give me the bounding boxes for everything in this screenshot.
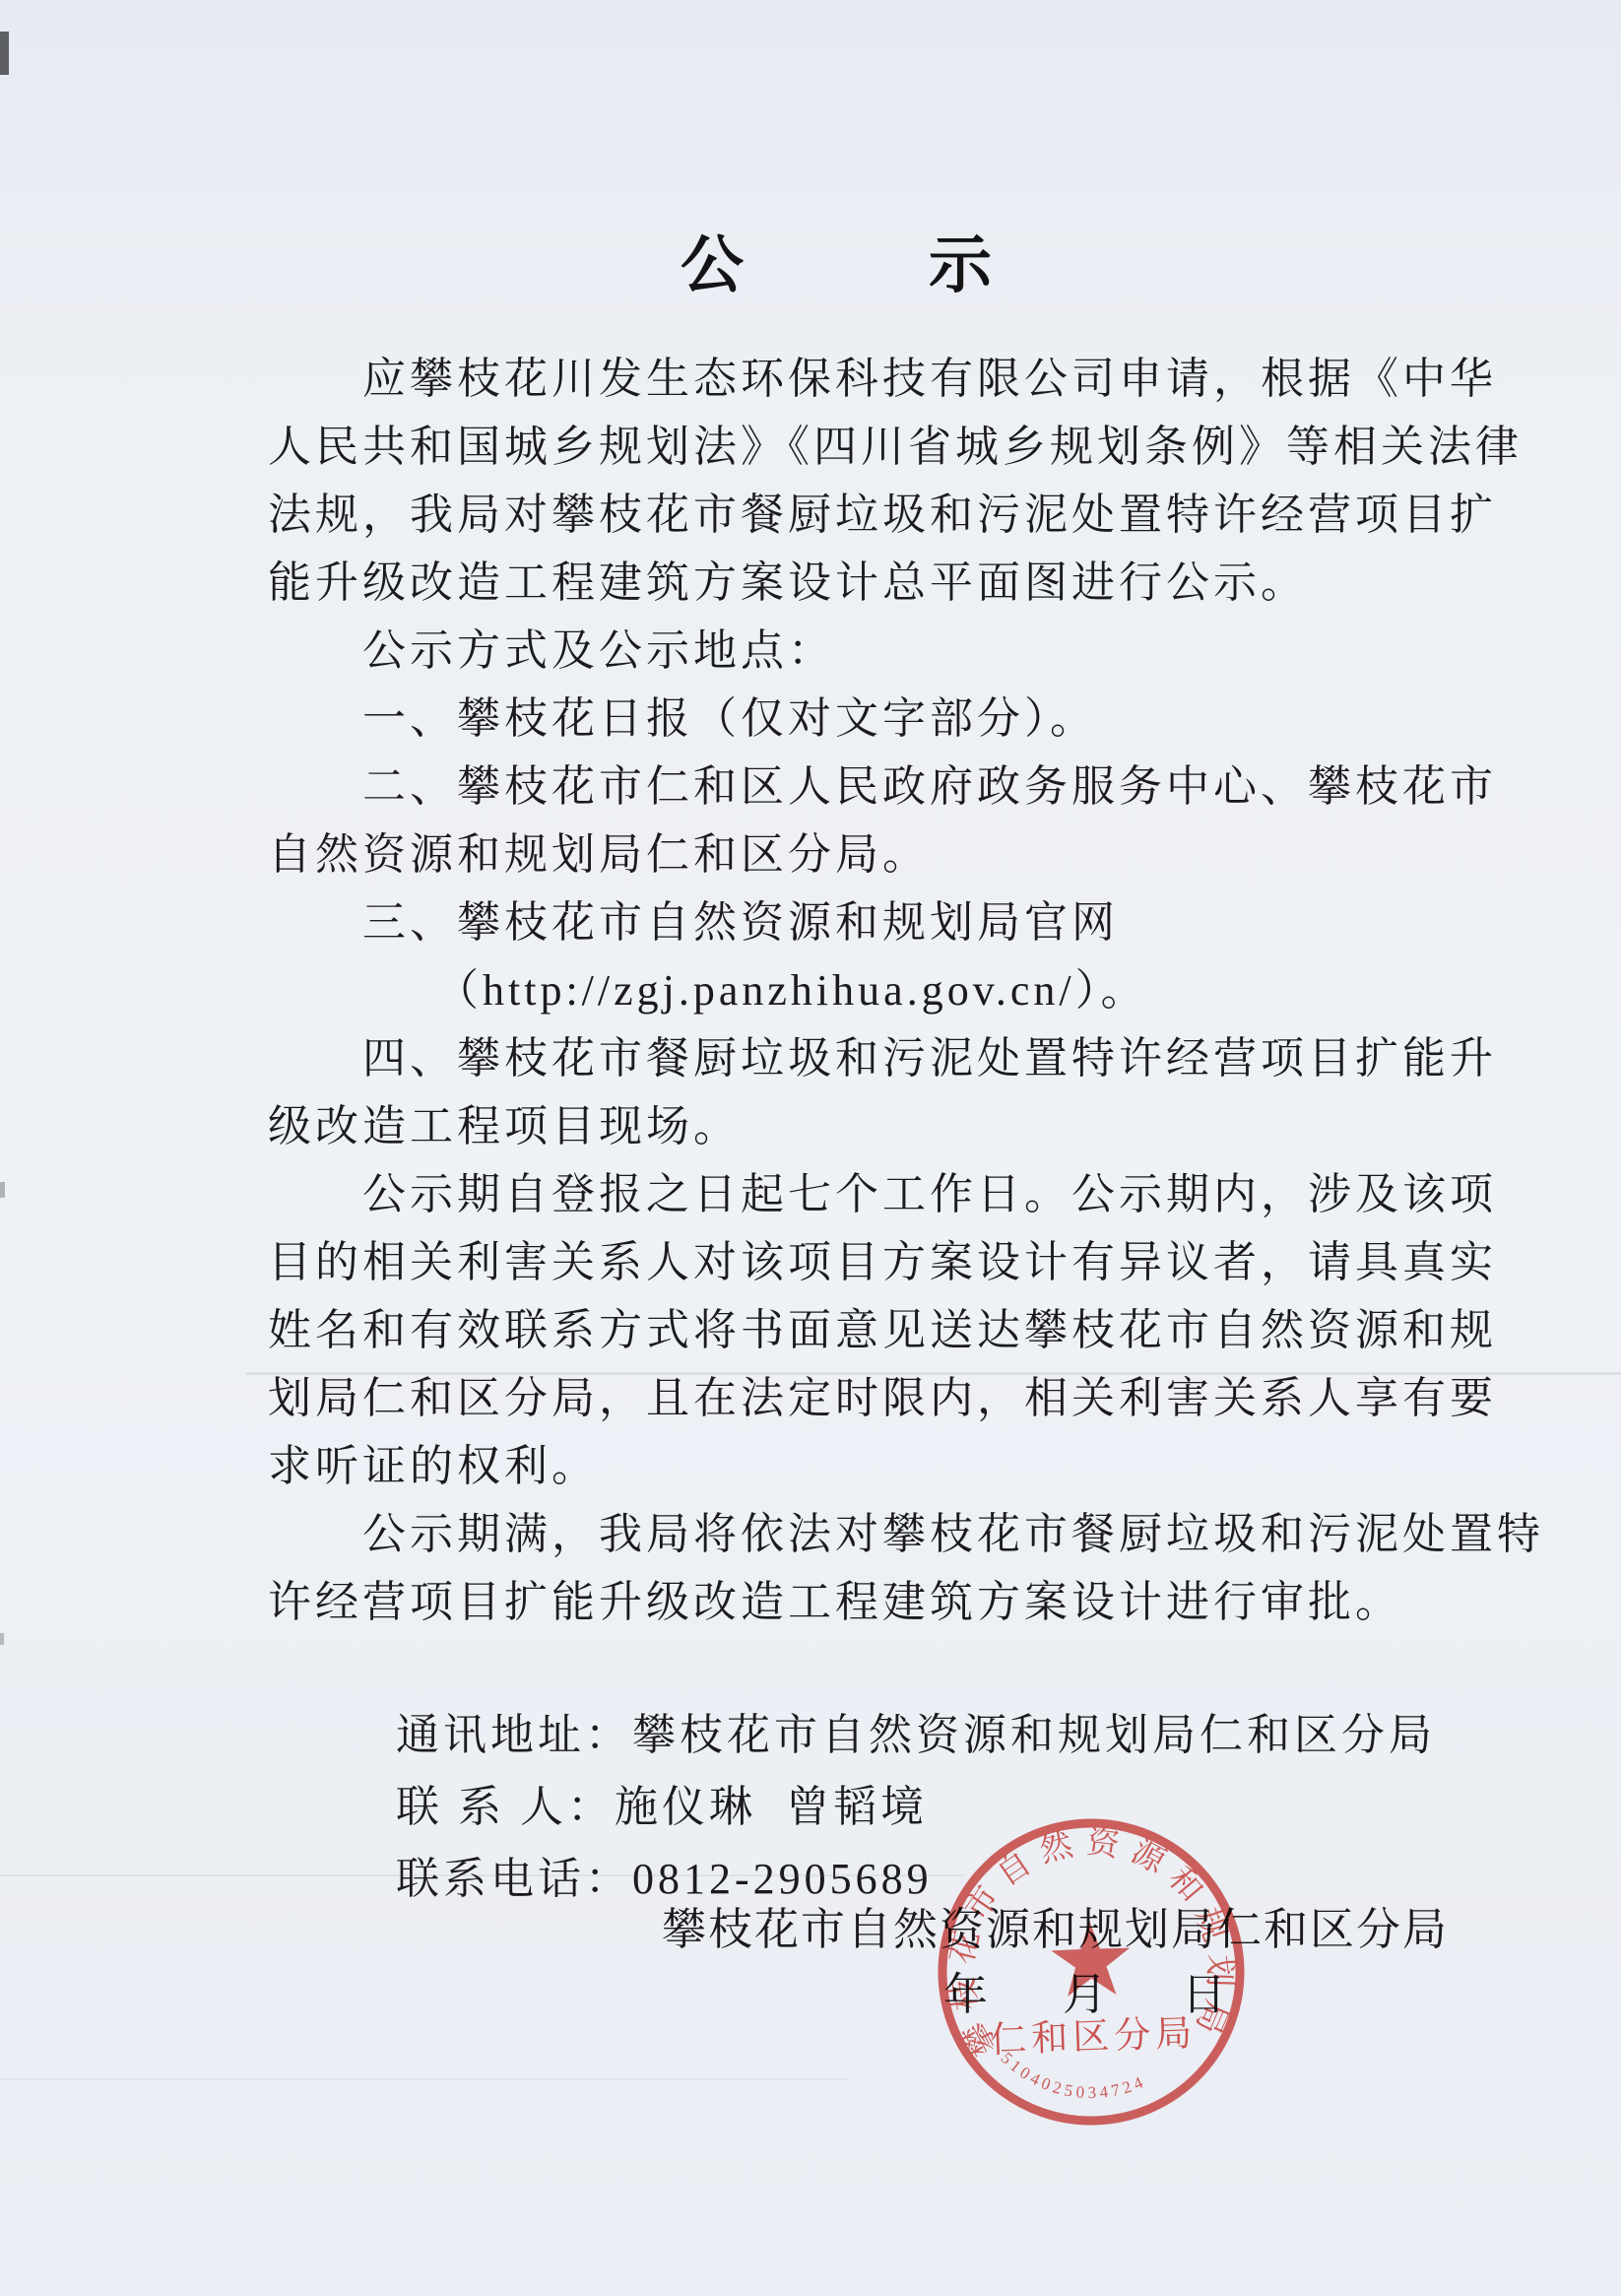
notice-title: 公 示 xyxy=(268,215,1424,305)
body-line: 二、攀枝花市仁和区人民政府政务服务中心、攀枝花市 xyxy=(268,753,1424,820)
body-line: 公示方式及公示地点： xyxy=(268,617,1424,685)
body-line: 法规，我局对攀枝花市餐厨垃圾和污泥处置特许经营项目扩 xyxy=(268,481,1424,549)
seal-star-icon xyxy=(1050,1920,1131,1998)
body-line: 应攀枝花川发生态环保科技有限公司申请，根据《中华 xyxy=(268,345,1424,413)
contact-line: 通讯地址：攀枝花市自然资源和规划局仁和区分局 xyxy=(301,1699,1424,1771)
body-line: 人民共和国城乡规划法》《四川省城乡规划条例》等相关法律 xyxy=(268,413,1424,481)
body-line: 公示期满，我局将依法对攀枝花市餐厨垃圾和污泥处置特 xyxy=(268,1500,1424,1568)
body-line: 三、攀枝花市自然资源和规划局官网 xyxy=(268,888,1424,956)
body-line: 求听证的权利。 xyxy=(268,1432,1424,1500)
contact-block: 通讯地址：攀枝花市自然资源和规划局仁和区分局 联 系 人：施仪琳 曾韬境 联系电… xyxy=(301,1699,1424,1915)
seal-branch-text: 仁和区分局 xyxy=(990,2012,1198,2061)
body-line: 一、攀枝花日报（仅对文字部分）。 xyxy=(268,685,1424,753)
scan-edge-mark xyxy=(0,32,9,75)
contact-line: 联 系 人：施仪琳 曾韬境 xyxy=(301,1771,1424,1843)
body-line: （http://zgj.panzhihua.gov.cn/）。 xyxy=(268,956,1424,1024)
notice-body: 应攀枝花川发生态环保科技有限公司申请，根据《中华人民共和国城乡规划法》《四川省城… xyxy=(268,345,1424,1636)
body-line: 划局仁和区分局，且在法定时限内，相关利害关系人享有要 xyxy=(268,1364,1424,1432)
body-line: 级改造工程项目现场。 xyxy=(268,1092,1424,1160)
body-line: 姓名和有效联系方式将书面意见送达攀枝花市自然资源和规 xyxy=(268,1296,1424,1364)
body-line: 公示期自登报之日起七个工作日。公示期内，涉及该项 xyxy=(268,1160,1424,1228)
scan-streak xyxy=(0,2078,847,2080)
official-seal: 攀枝花市自然资源和规划局 仁和区分局 5104025034724 xyxy=(929,1809,1255,2135)
body-line: 自然资源和规划局仁和区分局。 xyxy=(268,820,1424,888)
body-line: 能升级改造工程建筑方案设计总平面图进行公示。 xyxy=(268,549,1424,617)
scan-edge-mark xyxy=(0,1182,5,1198)
scan-edge-mark xyxy=(0,1633,4,1645)
body-line: 目的相关利害关系人对该项目方案设计有异议者，请具真实 xyxy=(268,1228,1424,1296)
body-line: 四、攀枝花市餐厨垃圾和污泥处置特许经营项目扩能升 xyxy=(268,1024,1424,1092)
body-line: 许经营项目扩能升级改造工程建筑方案设计进行审批。 xyxy=(268,1568,1424,1636)
notice-page: 公 示 应攀枝花川发生态环保科技有限公司申请，根据《中华人民共和国城乡规划法》《… xyxy=(0,0,1621,2296)
